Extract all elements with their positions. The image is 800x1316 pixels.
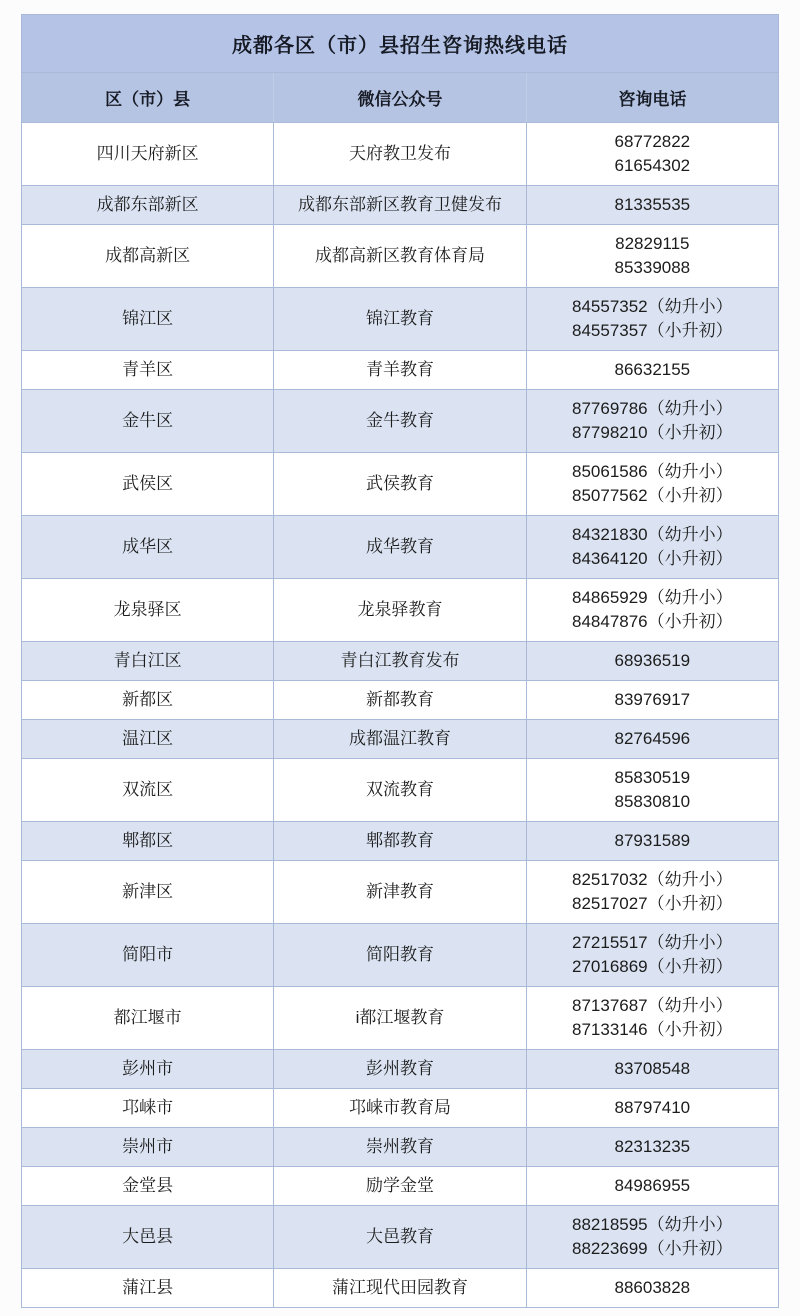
wechat-account-cell: 新都教育: [274, 681, 526, 720]
district-cell: 新都区: [22, 681, 274, 720]
table-row: 金堂县励学金堂84986955: [22, 1167, 779, 1206]
district-cell: 青羊区: [22, 351, 274, 390]
column-header-district: 区（市）县: [22, 73, 274, 123]
phone-cell: 83708548: [526, 1050, 778, 1089]
table-row: 彭州市彭州教育83708548: [22, 1050, 779, 1089]
phone-line: 84865929（幼升小）: [531, 586, 774, 610]
wechat-account-cell: 励学金堂: [274, 1167, 526, 1206]
phone-line: 85339088: [531, 256, 774, 280]
phone-line: 81335535: [531, 193, 774, 217]
wechat-account-cell: 成都高新区教育体育局: [274, 225, 526, 288]
phone-cell: 88797410: [526, 1089, 778, 1128]
wechat-account-cell: 青羊教育: [274, 351, 526, 390]
phone-line: 87798210（小升初）: [531, 421, 774, 445]
phone-line: 85061586（幼升小）: [531, 460, 774, 484]
district-cell: 金堂县: [22, 1167, 274, 1206]
table-head: 成都各区（市）县招生咨询热线电话 区（市）县 微信公众号 咨询电话: [22, 15, 779, 123]
district-cell: 邛崃市: [22, 1089, 274, 1128]
phone-line: 84986955: [531, 1174, 774, 1198]
phone-cell: 85061586（幼升小）85077562（小升初）: [526, 453, 778, 516]
table-row: 锦江区锦江教育84557352（幼升小）84557357（小升初）: [22, 288, 779, 351]
phone-line: 84364120（小升初）: [531, 547, 774, 571]
wechat-account-cell: 双流教育: [274, 759, 526, 822]
column-header-row: 区（市）县 微信公众号 咨询电话: [22, 73, 779, 123]
district-cell: 武侯区: [22, 453, 274, 516]
wechat-account-cell: 大邑教育: [274, 1206, 526, 1269]
phone-line: 82517032（幼升小）: [531, 868, 774, 892]
table-row: 邛崃市邛崃市教育局88797410: [22, 1089, 779, 1128]
wechat-account-cell: 武侯教育: [274, 453, 526, 516]
phone-cell: 84321830（幼升小）84364120（小升初）: [526, 516, 778, 579]
wechat-account-cell: 锦江教育: [274, 288, 526, 351]
phone-cell: 8282911585339088: [526, 225, 778, 288]
district-cell: 都江堰市: [22, 987, 274, 1050]
wechat-account-cell: 金牛教育: [274, 390, 526, 453]
phone-cell: 27215517（幼升小）27016869（小升初）: [526, 924, 778, 987]
district-cell: 大邑县: [22, 1206, 274, 1269]
table-row: 成都东部新区成都东部新区教育卫健发布81335535: [22, 186, 779, 225]
phone-cell: 84557352（幼升小）84557357（小升初）: [526, 288, 778, 351]
table-row: 温江区成都温江教育82764596: [22, 720, 779, 759]
phone-line: 84847876（小升初）: [531, 610, 774, 634]
district-cell: 郫都区: [22, 822, 274, 861]
phone-line: 87133146（小升初）: [531, 1018, 774, 1042]
phone-line: 85830519: [531, 766, 774, 790]
table-body: 四川天府新区天府教卫发布6877282261654302成都东部新区成都东部新区…: [22, 123, 779, 1308]
wechat-account-cell: 郫都教育: [274, 822, 526, 861]
table-row: 四川天府新区天府教卫发布6877282261654302: [22, 123, 779, 186]
phone-cell: 87137687（幼升小）87133146（小升初）: [526, 987, 778, 1050]
table-row: 金牛区金牛教育87769786（幼升小）87798210（小升初）: [22, 390, 779, 453]
phone-cell: 84986955: [526, 1167, 778, 1206]
phone-cell: 87769786（幼升小）87798210（小升初）: [526, 390, 778, 453]
wechat-account-cell: 崇州教育: [274, 1128, 526, 1167]
district-cell: 龙泉驿区: [22, 579, 274, 642]
district-cell: 彭州市: [22, 1050, 274, 1089]
wechat-account-cell: 成都东部新区教育卫健发布: [274, 186, 526, 225]
district-cell: 成都东部新区: [22, 186, 274, 225]
wechat-account-cell: 简阳教育: [274, 924, 526, 987]
table-row: 新都区新都教育83976917: [22, 681, 779, 720]
phone-line: 82764596: [531, 727, 774, 751]
phone-line: 27215517（幼升小）: [531, 931, 774, 955]
phone-line: 86632155: [531, 358, 774, 382]
table-row: 龙泉驿区龙泉驿教育84865929（幼升小）84847876（小升初）: [22, 579, 779, 642]
phone-line: 87931589: [531, 829, 774, 853]
phone-line: 88218595（幼升小）: [531, 1213, 774, 1237]
phone-line: 88797410: [531, 1096, 774, 1120]
wechat-account-cell: 天府教卫发布: [274, 123, 526, 186]
phone-line: 82517027（小升初）: [531, 892, 774, 916]
phone-cell: 6877282261654302: [526, 123, 778, 186]
phone-line: 82829115: [531, 232, 774, 256]
table-row: 都江堰市i都江堰教育87137687（幼升小）87133146（小升初）: [22, 987, 779, 1050]
phone-line: 85077562（小升初）: [531, 484, 774, 508]
phone-line: 84321830（幼升小）: [531, 523, 774, 547]
phone-line: 85830810: [531, 790, 774, 814]
phone-line: 83708548: [531, 1057, 774, 1081]
table-row: 简阳市简阳教育27215517（幼升小）27016869（小升初）: [22, 924, 779, 987]
wechat-account-cell: 成都温江教育: [274, 720, 526, 759]
wechat-account-cell: 成华教育: [274, 516, 526, 579]
column-header-phone: 咨询电话: [526, 73, 778, 123]
district-cell: 温江区: [22, 720, 274, 759]
table-row: 成都高新区成都高新区教育体育局8282911585339088: [22, 225, 779, 288]
phone-line: 84557352（幼升小）: [531, 295, 774, 319]
district-cell: 新津区: [22, 861, 274, 924]
table-row: 双流区双流教育8583051985830810: [22, 759, 779, 822]
phone-cell: 82764596: [526, 720, 778, 759]
phone-cell: 82313235: [526, 1128, 778, 1167]
district-cell: 青白江区: [22, 642, 274, 681]
phone-cell: 81335535: [526, 186, 778, 225]
phone-line: 61654302: [531, 154, 774, 178]
wechat-account-cell: 邛崃市教育局: [274, 1089, 526, 1128]
phone-line: 88223699（小升初）: [531, 1237, 774, 1261]
wechat-account-cell: 新津教育: [274, 861, 526, 924]
title-row: 成都各区（市）县招生咨询热线电话: [22, 15, 779, 73]
phone-line: 27016869（小升初）: [531, 955, 774, 979]
district-cell: 四川天府新区: [22, 123, 274, 186]
phone-cell: 84865929（幼升小）84847876（小升初）: [526, 579, 778, 642]
hotline-table: 成都各区（市）县招生咨询热线电话 区（市）县 微信公众号 咨询电话 四川天府新区…: [21, 14, 779, 1308]
table-row: 大邑县大邑教育88218595（幼升小）88223699（小升初）: [22, 1206, 779, 1269]
phone-cell: 83976917: [526, 681, 778, 720]
phone-cell: 82517032（幼升小）82517027（小升初）: [526, 861, 778, 924]
table-row: 崇州市崇州教育82313235: [22, 1128, 779, 1167]
table-row: 新津区新津教育82517032（幼升小）82517027（小升初）: [22, 861, 779, 924]
phone-cell: 68936519: [526, 642, 778, 681]
wechat-account-cell: 龙泉驿教育: [274, 579, 526, 642]
wechat-account-cell: 青白江教育发布: [274, 642, 526, 681]
wechat-account-cell: i都江堰教育: [274, 987, 526, 1050]
table-title: 成都各区（市）县招生咨询热线电话: [22, 15, 779, 73]
district-cell: 崇州市: [22, 1128, 274, 1167]
table-row: 青白江区青白江教育发布68936519: [22, 642, 779, 681]
phone-line: 82313235: [531, 1135, 774, 1159]
phone-cell: 8583051985830810: [526, 759, 778, 822]
phone-line: 83976917: [531, 688, 774, 712]
district-cell: 锦江区: [22, 288, 274, 351]
phone-line: 87137687（幼升小）: [531, 994, 774, 1018]
district-cell: 成华区: [22, 516, 274, 579]
table-row: 青羊区青羊教育86632155: [22, 351, 779, 390]
table-row: 成华区成华教育84321830（幼升小）84364120（小升初）: [22, 516, 779, 579]
column-header-wechat-account: 微信公众号: [274, 73, 526, 123]
district-cell: 金牛区: [22, 390, 274, 453]
wechat-account-cell: 彭州教育: [274, 1050, 526, 1089]
phone-cell: 86632155: [526, 351, 778, 390]
district-cell: 简阳市: [22, 924, 274, 987]
phone-line: 87769786（幼升小）: [531, 397, 774, 421]
phone-line: 68936519: [531, 649, 774, 673]
hotline-table-container: 成都各区（市）县招生咨询热线电话 区（市）县 微信公众号 咨询电话 四川天府新区…: [21, 14, 779, 1308]
phone-line: 88603828: [531, 1276, 774, 1300]
district-cell: 成都高新区: [22, 225, 274, 288]
phone-line: 84557357（小升初）: [531, 319, 774, 343]
phone-cell: 88218595（幼升小）88223699（小升初）: [526, 1206, 778, 1269]
district-cell: 双流区: [22, 759, 274, 822]
phone-line: 68772822: [531, 130, 774, 154]
phone-cell: 87931589: [526, 822, 778, 861]
table-row: 武侯区武侯教育85061586（幼升小）85077562（小升初）: [22, 453, 779, 516]
table-row: 郫都区郫都教育87931589: [22, 822, 779, 861]
